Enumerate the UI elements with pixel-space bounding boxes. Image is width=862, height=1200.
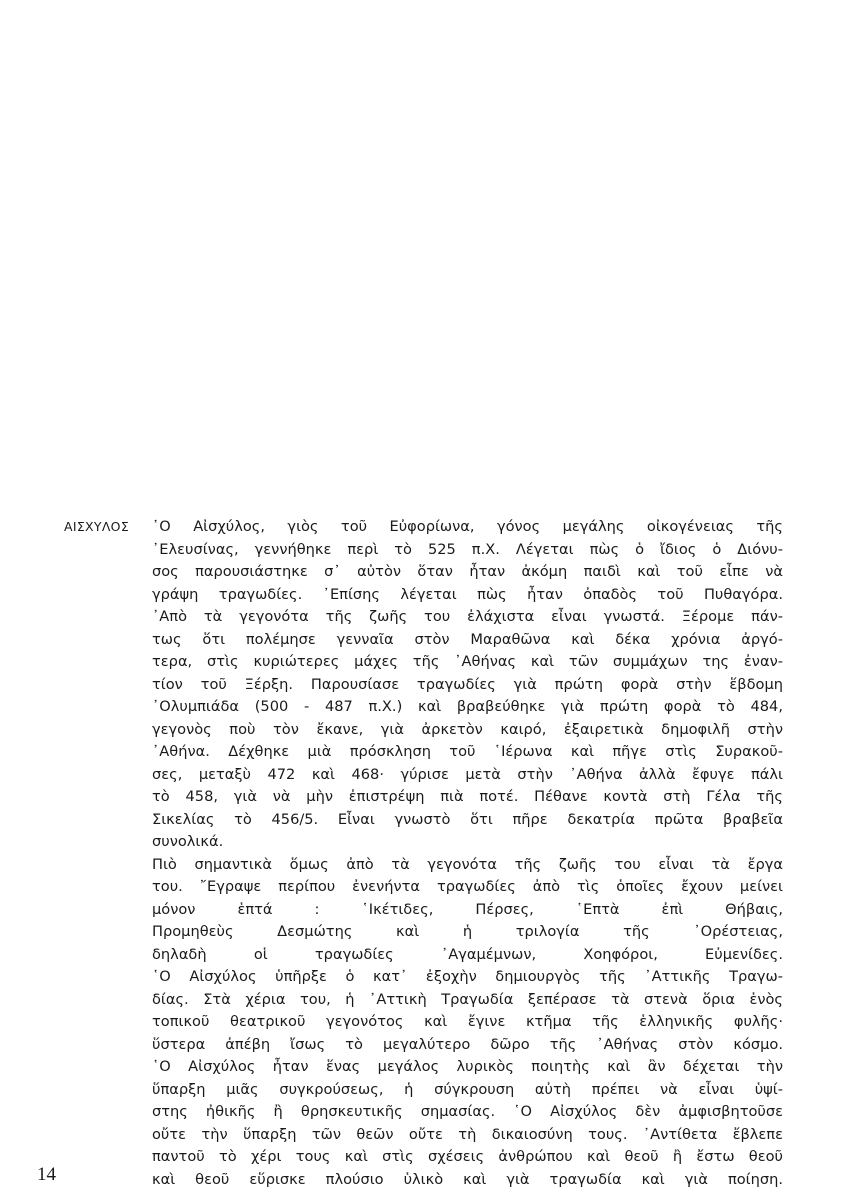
text-line: μόνον ἑπτά : ῾Ικέτιδες, Πέρσες, ῾Επτὰ ἐπ… xyxy=(152,899,783,922)
text-line: τὸ 458, γιὰ νὰ μὴν ἐπιστρέψη πιὰ ποτέ. Π… xyxy=(152,786,783,809)
paragraph-2: Πιὸ σημαντικὰ ὅμως ἀπὸ τὰ γεγονότα τῆς ζ… xyxy=(152,854,783,1192)
text-line: ᾿Αθήνα. Δέχθηκε μιὰ πρόσκληση τοῦ ῾Ιέρων… xyxy=(152,741,783,764)
text-line: δηλαδὴ οἱ τραγωδίες ᾿Αγαμέμνων, Χοηφόροι… xyxy=(152,944,783,967)
page-number: 14 xyxy=(37,1164,56,1186)
text-line: του. ῎Εγραψε περίπου ἐνενήντα τραγωδίες … xyxy=(152,876,783,899)
text-line: στης ἠθικῆς ἢ θρησκευτικῆς σημασίας. ῾Ο … xyxy=(152,1101,783,1124)
book-page: ΑΙΣΧΥΛΟΣ ῾Ο Αἰσχύλος, γιὸς τοῦ Εὐφορίωνα… xyxy=(0,0,862,1200)
text-line: ὕπαρξη μιᾶς συγκρούσεως, ἡ σύγκρουση αὐτ… xyxy=(152,1079,783,1102)
text-line: Πιὸ σημαντικὰ ὅμως ἀπὸ τὰ γεγονότα τῆς ζ… xyxy=(152,854,783,877)
text-line: σες, μεταξὺ 472 καὶ 468· γύρισε μετὰ στὴ… xyxy=(152,764,783,787)
text-line: ᾿Ελευσίνας, γεννήθηκε περὶ τὸ 525 π.Χ. Λ… xyxy=(152,539,783,562)
paragraph-1: ῾Ο Αἰσχύλος, γιὸς τοῦ Εὐφορίωνα, γόνος μ… xyxy=(152,516,783,854)
text-line: σος παρουσιάστηκε σ᾿ αὐτὸν ὅταν ἦταν ἀκό… xyxy=(152,561,783,584)
text-line: τοπικοῦ θεατρικοῦ γεγονότος καὶ ἔγινε κτ… xyxy=(152,1011,783,1034)
text-line: παντοῦ τὸ χέρι τους καὶ στὶς σχέσεις ἀνθ… xyxy=(152,1146,783,1169)
text-line: ὕστερα ἀπέβη ἴσως τὸ μεγαλύτερο δῶρο τῆς… xyxy=(152,1034,783,1057)
text-line: τως ὅτι πολέμησε γενναῖα στὸν Μαραθῶνα κ… xyxy=(152,629,783,652)
text-line: ῾Ο Αἰσχύλος ὑπῆρξε ὁ κατ᾿ ἐξοχὴν δημιουρ… xyxy=(152,966,783,989)
text-line: γεγονὸς ποὺ τὸν ἔκανε, γιὰ ἀρκετὸν καιρό… xyxy=(152,719,783,742)
text-line: τίον τοῦ Ξέρξη. Παρουσίασε τραγωδίες γιὰ… xyxy=(152,674,783,697)
text-line: ᾿Ολυμπιάδα (500 - 487 π.Χ.) καὶ βραβεύθη… xyxy=(152,696,783,719)
text-line: γράψη τραγωδίες. ᾿Επίσης λέγεται πὼς ἦτα… xyxy=(152,584,783,607)
text-line: Προμηθεὺς Δεσμώτης καὶ ἡ τριλογία τῆς ᾿Ο… xyxy=(152,921,783,944)
text-line: ᾿Απὸ τὰ γεγονότα τῆς ζωῆς του ἐλάχιστα ε… xyxy=(152,606,783,629)
text-line: ῾Ο Αἰσχύλος ἦταν ἕνας μεγάλος λυρικὸς πο… xyxy=(152,1056,783,1079)
text-line: συνολικά. xyxy=(152,831,783,854)
text-line: ῾Ο Αἰσχύλος, γιὸς τοῦ Εὐφορίωνα, γόνος μ… xyxy=(152,516,783,539)
text-line: δίας. Στὰ χέρια του, ἡ ᾿Αττικὴ Τραγωδία … xyxy=(152,989,783,1012)
text-line: τερα, στὶς κυριώτερες μάχες τῆς ᾿Αθήνας … xyxy=(152,651,783,674)
text-line: οὔτε τὴν ὕπαρξη τῶν θεῶν οὔτε τὴ δικαιοσ… xyxy=(152,1124,783,1147)
text-line: Σικελίας τὸ 456/5. Εἶναι γνωστὸ ὅτι πῆρε… xyxy=(152,809,783,832)
body-text: ῾Ο Αἰσχύλος, γιὸς τοῦ Εὐφορίωνα, γόνος μ… xyxy=(152,516,783,1191)
text-line: καὶ θεοῦ εὕρισκε πλούσιο ὑλικὸ καὶ γιὰ τ… xyxy=(152,1169,783,1192)
margin-heading: ΑΙΣΧΥΛΟΣ xyxy=(64,519,129,534)
